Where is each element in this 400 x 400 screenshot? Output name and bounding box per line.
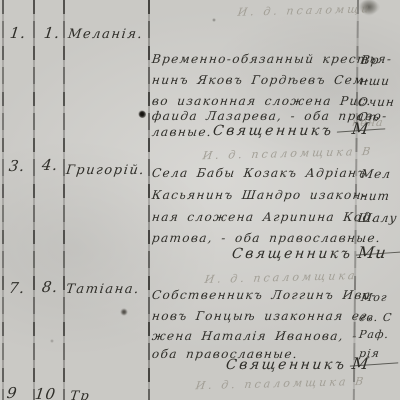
margin-fragment: Вр bbox=[360, 53, 380, 67]
column-rule-number-1 bbox=[33, 0, 35, 400]
parents-text-line: нинъ Яковъ Гордѣевъ Сем- bbox=[151, 73, 371, 87]
parents-text-line: ратова, - оба православные. bbox=[151, 231, 382, 245]
margin-fragment: Раф. bbox=[358, 328, 390, 341]
record-number-col2: 8. bbox=[41, 278, 60, 296]
priest-signature-tail: Ми bbox=[357, 243, 388, 262]
parents-text-line: Собственникъ Логгинъ Ива- bbox=[151, 288, 378, 302]
psalmist-note-top: И. д. псаломщи bbox=[237, 2, 372, 18]
margin-fragment: нит bbox=[359, 189, 391, 203]
ink-blot bbox=[139, 111, 146, 118]
record-number-col2: 4. bbox=[41, 156, 60, 174]
priest-signature-tail: М bbox=[351, 354, 371, 373]
psalmist-note: И. д. псаломщика В bbox=[202, 145, 374, 162]
name-entry: Тр bbox=[69, 389, 91, 400]
ink-blot bbox=[121, 309, 127, 315]
name-entry: Татіана. bbox=[65, 282, 141, 297]
record-number-col2: 1. bbox=[43, 24, 62, 42]
psalmist-note: И. д. псаломщика bbox=[204, 269, 359, 286]
margin-fragment: Очин bbox=[357, 95, 396, 109]
parents-text-line: жена Наталія Иванова, - bbox=[151, 329, 358, 343]
record-number-col1: 1. bbox=[9, 24, 28, 42]
parents-text-line: Села Бабы Козакъ Адріанъ bbox=[151, 166, 368, 180]
priest-signature-tail: М bbox=[351, 119, 371, 138]
parents-text-line: новъ Гонцыѣ изаконная ег. bbox=[151, 309, 374, 323]
record-number-col1: 7. bbox=[8, 279, 27, 297]
name-entry: Меланія. bbox=[67, 27, 144, 42]
parents-text-line: ная сложена Агрипина Код. bbox=[151, 210, 378, 224]
parents-text-line: Касьянинъ Шандро изакон- bbox=[151, 188, 368, 202]
column-rule-left-edge bbox=[2, 0, 4, 400]
column-rule-number-2 bbox=[63, 0, 65, 400]
priest-signature: Священникъ bbox=[225, 357, 399, 373]
margin-fragment: ев. С bbox=[358, 311, 393, 324]
parents-text-line: Временно-обязанный крестья- bbox=[151, 52, 393, 66]
margin-fragment: Шалу bbox=[357, 211, 398, 225]
column-rule-name bbox=[148, 0, 150, 400]
margin-fragment: Мог bbox=[360, 291, 388, 304]
name-entry: Григорій. bbox=[65, 163, 146, 178]
record-number-col1: 3. bbox=[8, 157, 27, 175]
record-number-col2: 10 bbox=[34, 385, 57, 400]
paper-stain bbox=[358, 0, 380, 14]
parents-text-line: лавные. bbox=[151, 125, 213, 139]
psalmist-note: И. д. псаломщика В bbox=[195, 375, 367, 392]
parents-text-line: во изаконная сложена Рис. bbox=[151, 94, 373, 108]
margin-fragment: Мел bbox=[360, 167, 392, 181]
scanned-register-page: И. д. псаломщи 1. 1. Меланія. Временно-о… bbox=[0, 0, 400, 400]
record-number-col1: 9 bbox=[6, 384, 19, 400]
margin-fragment: нши bbox=[359, 74, 391, 88]
